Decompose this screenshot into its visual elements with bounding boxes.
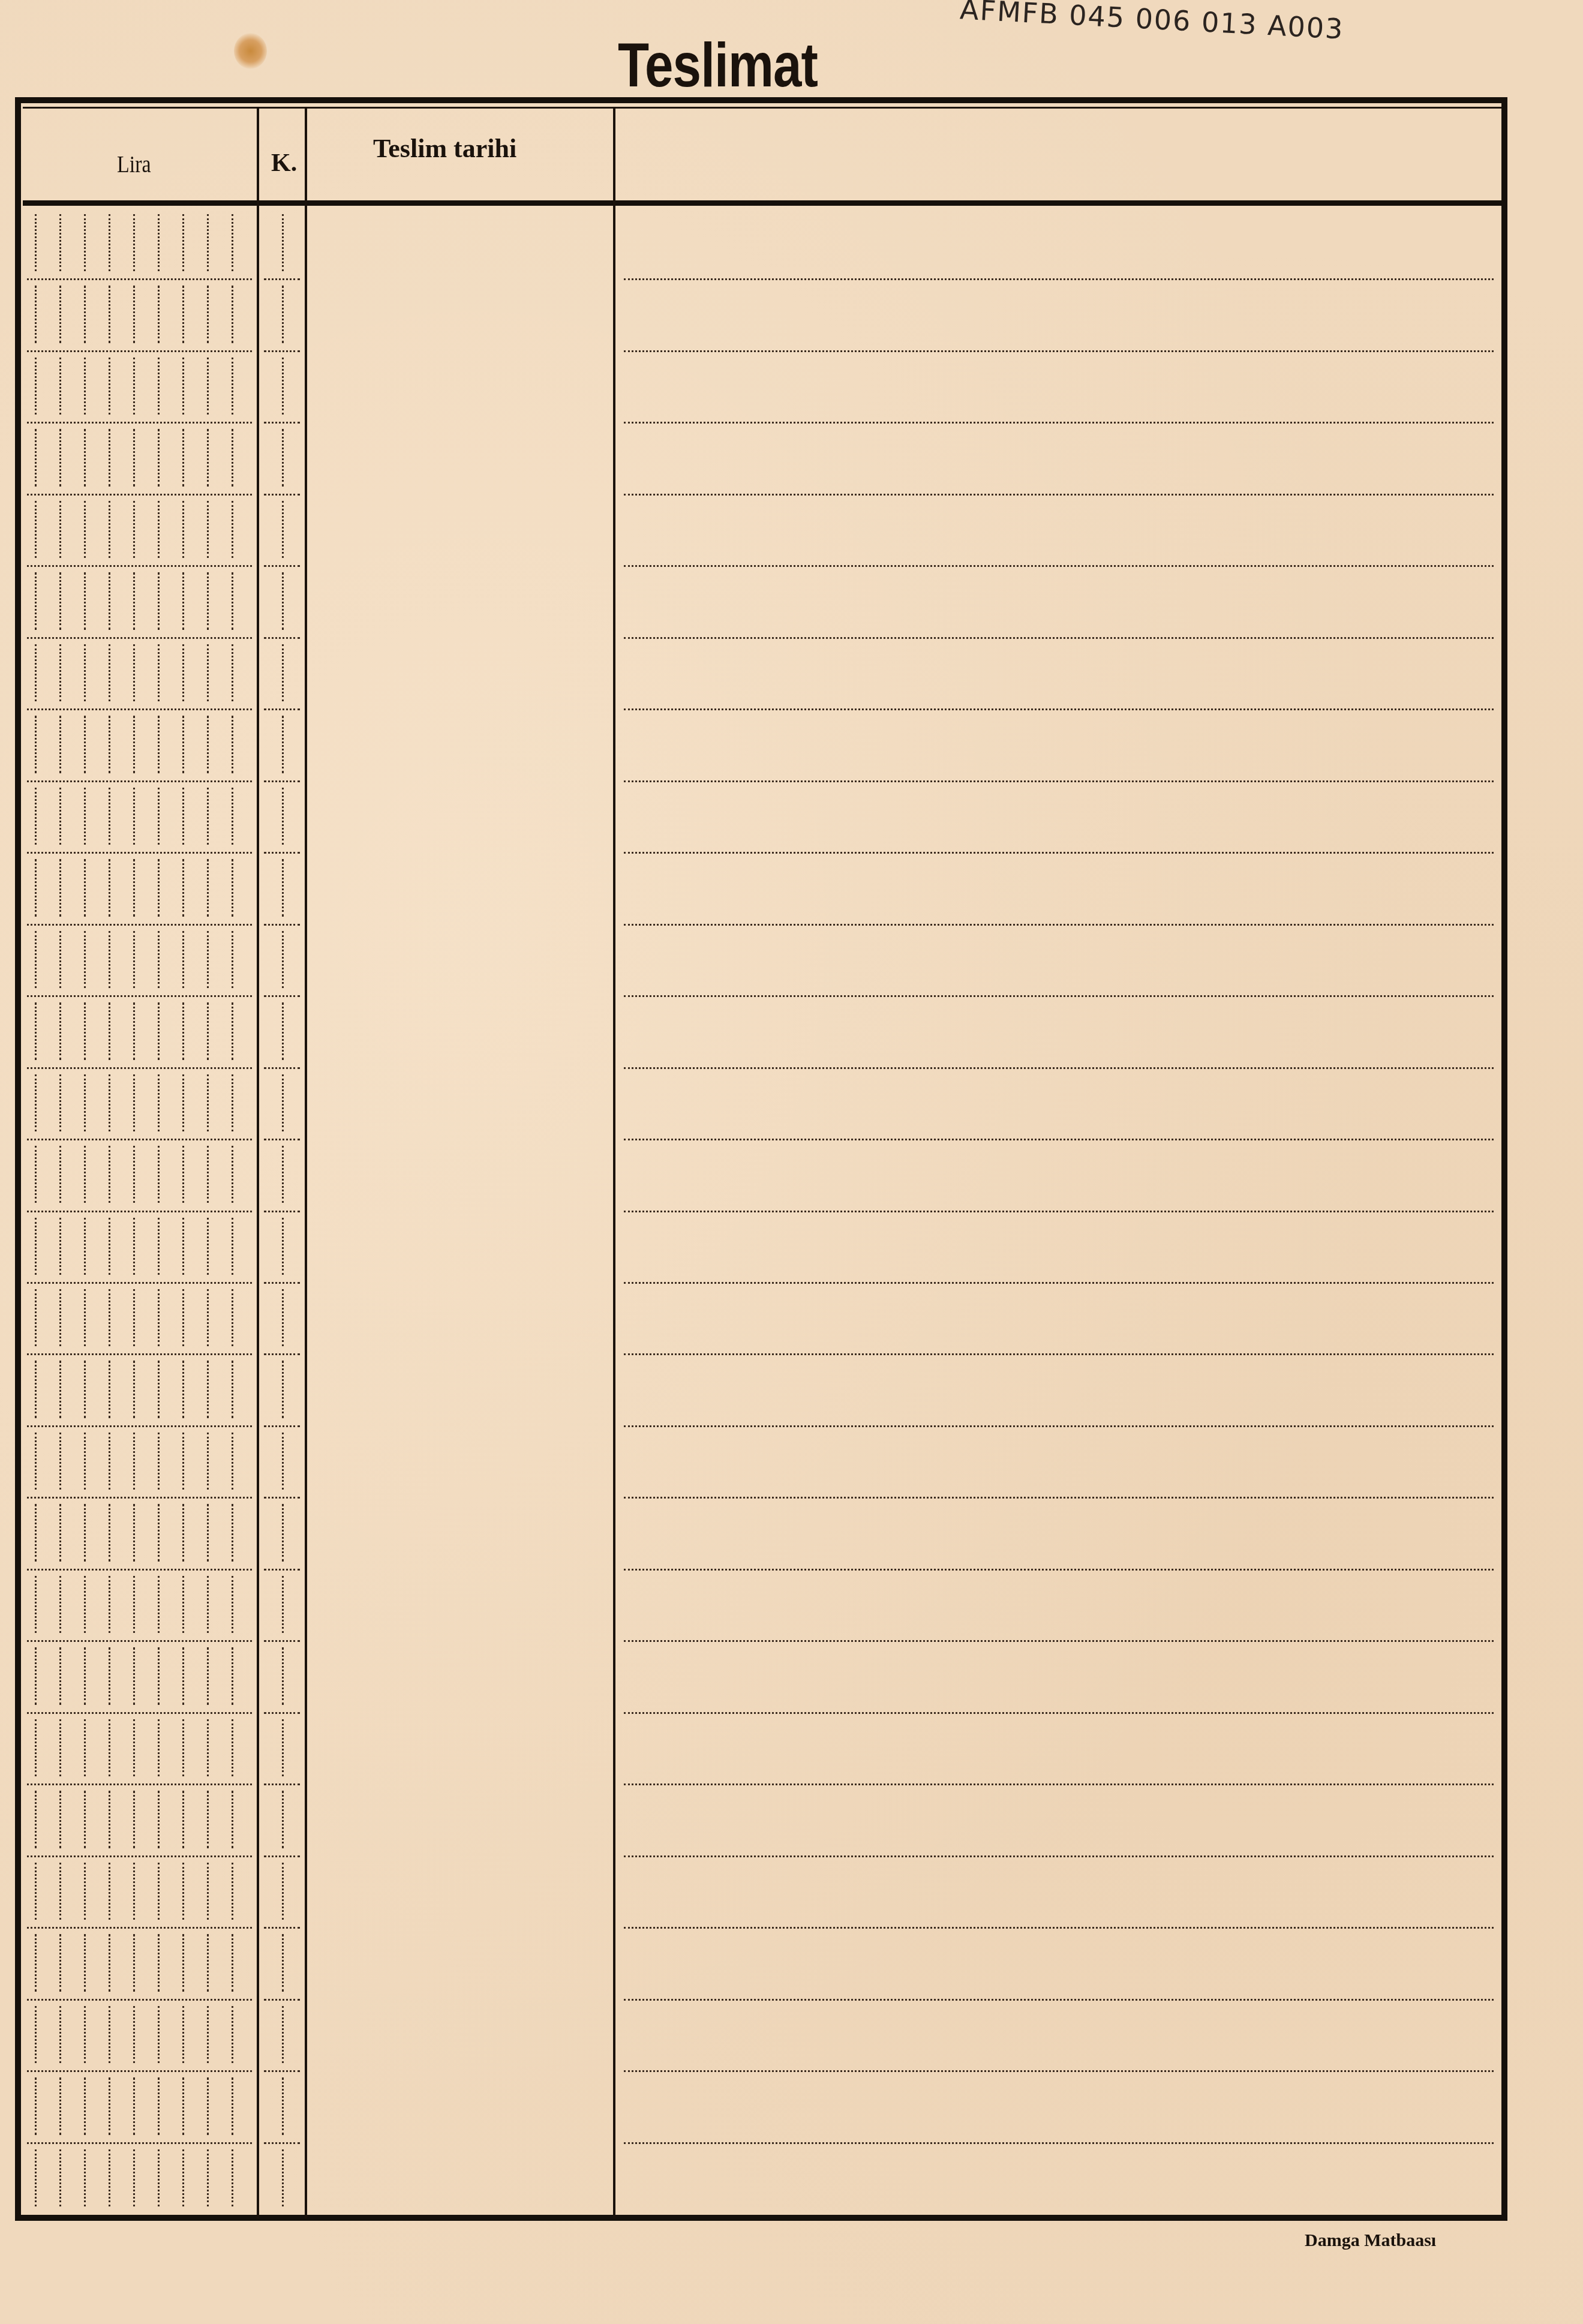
lira-digit-guide — [109, 1218, 110, 1275]
lira-digit-guide — [182, 2006, 184, 2063]
lira-digit-guide — [109, 1433, 110, 1490]
lira-digit-guide — [232, 1289, 233, 1346]
lira-digit-guide — [35, 2149, 37, 2206]
lira-digit-guide — [182, 1289, 184, 1346]
lira-digit-guide — [207, 501, 209, 558]
page-title: Teslimat — [618, 30, 818, 101]
lira-digit-guide — [232, 1504, 233, 1561]
lira-digit-guide — [158, 501, 160, 558]
table-inner-top-rule — [23, 107, 1501, 109]
lira-digit-guide — [158, 1863, 160, 1920]
lira-digit-guide — [35, 501, 37, 558]
lira-digit-guide — [207, 859, 209, 916]
row-separator — [624, 2142, 1494, 2144]
lira-digit-guide — [133, 788, 135, 845]
row-separator — [624, 278, 1494, 280]
k-digit-guide — [282, 1002, 284, 1059]
lira-digit-guide — [35, 1289, 37, 1346]
row-separator — [624, 1569, 1494, 1571]
lira-digit-guide — [207, 2149, 209, 2206]
lira-digit-guide — [182, 501, 184, 558]
lira-digit-guide — [35, 1433, 37, 1490]
lira-digit-guide — [158, 2149, 160, 2206]
lira-digit-guide — [182, 1719, 184, 1776]
lira-digit-guide — [59, 1218, 61, 1275]
row-separator — [624, 494, 1494, 496]
lira-digit-guide — [182, 1647, 184, 1704]
lira-digit-guide — [109, 1289, 110, 1346]
lira-digit-guide — [133, 1504, 135, 1561]
lira-digit-guide — [84, 788, 86, 845]
lira-digit-guide — [84, 1002, 86, 1059]
k-digit-guide — [282, 1146, 284, 1203]
lira-digit-guide — [109, 931, 110, 988]
row-separator — [264, 637, 300, 639]
row-separator — [624, 852, 1494, 854]
lira-digit-guide — [182, 1146, 184, 1203]
lira-digit-guide — [158, 1074, 160, 1131]
lira-digit-guide — [158, 1576, 160, 1633]
row-separator — [27, 565, 252, 567]
k-digit-guide — [282, 859, 284, 916]
lira-digit-guide — [207, 1647, 209, 1704]
lira-digit-guide — [232, 859, 233, 916]
lira-digit-guide — [207, 1504, 209, 1561]
lira-digit-guide — [158, 1647, 160, 1704]
lira-digit-guide — [182, 1934, 184, 1991]
lira-digit-guide — [158, 2006, 160, 2063]
row-separator — [624, 1712, 1494, 1714]
row-separator — [27, 1211, 252, 1212]
row-separator — [264, 852, 300, 854]
lira-digit-guide — [109, 1791, 110, 1848]
row-separator — [264, 1569, 300, 1571]
row-separator — [264, 565, 300, 567]
lira-digit-guide — [207, 572, 209, 629]
k-digit-guide — [282, 788, 284, 845]
lira-digit-guide — [232, 1863, 233, 1920]
lira-digit-guide — [158, 1361, 160, 1418]
lira-digit-guide — [232, 501, 233, 558]
k-digit-guide — [282, 716, 284, 773]
lira-digit-guide — [182, 2077, 184, 2134]
row-separator — [624, 1067, 1494, 1069]
row-separator — [27, 350, 252, 352]
lira-digit-guide — [207, 2077, 209, 2134]
row-separator — [624, 1927, 1494, 1929]
lira-digit-guide — [133, 1146, 135, 1203]
lira-digit-guide — [59, 286, 61, 343]
lira-digit-guide — [35, 2006, 37, 2063]
lira-digit-guide — [84, 1074, 86, 1131]
column-header-lira: Lira — [117, 150, 151, 178]
row-separator — [27, 708, 252, 710]
lira-digit-guide — [207, 1863, 209, 1920]
row-separator — [624, 780, 1494, 782]
row-separator — [264, 708, 300, 710]
lira-digit-guide — [207, 1289, 209, 1346]
k-digit-guide — [282, 1218, 284, 1275]
lira-digit-guide — [207, 644, 209, 701]
lira-digit-guide — [133, 214, 135, 271]
row-separator — [264, 2070, 300, 2072]
row-separator — [27, 1569, 252, 1571]
lira-digit-guide — [207, 1002, 209, 1059]
lira-digit-guide — [158, 1002, 160, 1059]
lira-digit-guide — [35, 1719, 37, 1776]
row-separator — [27, 494, 252, 496]
lira-digit-guide — [232, 1074, 233, 1131]
row-separator — [264, 1783, 300, 1785]
lira-digit-guide — [232, 358, 233, 415]
row-separator — [624, 924, 1494, 926]
lira-digit-guide — [35, 1504, 37, 1561]
lira-digit-guide — [109, 2149, 110, 2206]
lira-digit-guide — [133, 1002, 135, 1059]
lira-digit-guide — [35, 931, 37, 988]
lira-digit-guide — [133, 1934, 135, 1991]
row-separator — [264, 1139, 300, 1140]
row-separator — [624, 565, 1494, 567]
lira-digit-guide — [232, 572, 233, 629]
k-digit-guide — [282, 2149, 284, 2206]
lira-digit-guide — [158, 1504, 160, 1561]
lira-digit-guide — [133, 2006, 135, 2063]
row-separator — [624, 1999, 1494, 2001]
lira-digit-guide — [35, 1576, 37, 1633]
row-separator — [264, 924, 300, 926]
lira-digit-guide — [133, 429, 135, 486]
lira-digit-guide — [84, 1433, 86, 1490]
lira-digit-guide — [59, 1576, 61, 1633]
lira-digit-guide — [84, 1647, 86, 1704]
lira-digit-guide — [207, 716, 209, 773]
lira-digit-guide — [207, 214, 209, 271]
lira-digit-guide — [207, 1934, 209, 1991]
row-separator — [27, 1497, 252, 1499]
lira-digit-guide — [109, 1863, 110, 1920]
lira-digit-guide — [59, 1647, 61, 1704]
lira-digit-guide — [133, 716, 135, 773]
lira-digit-guide — [158, 1934, 160, 1991]
row-separator — [27, 1855, 252, 1857]
row-separator — [264, 494, 300, 496]
lira-digit-guide — [207, 286, 209, 343]
lira-digit-guide — [182, 2149, 184, 2206]
row-separator — [27, 1712, 252, 1714]
row-separator — [624, 1855, 1494, 1857]
lira-digit-guide — [59, 1289, 61, 1346]
row-separator — [624, 1139, 1494, 1140]
lira-digit-guide — [109, 358, 110, 415]
lira-digit-guide — [84, 1218, 86, 1275]
row-separator — [264, 278, 300, 280]
lira-digit-guide — [35, 644, 37, 701]
lira-digit-guide — [232, 2149, 233, 2206]
column-divider-date-notes — [613, 107, 615, 2218]
k-digit-guide — [282, 1289, 284, 1346]
lira-digit-guide — [133, 1576, 135, 1633]
lira-digit-guide — [182, 1791, 184, 1848]
lira-digit-guide — [109, 716, 110, 773]
lira-digit-guide — [84, 2006, 86, 2063]
archive-code: AFMFB 045 006 013 A003 — [959, 0, 1345, 46]
row-separator — [624, 1497, 1494, 1499]
lira-digit-guide — [232, 1218, 233, 1275]
lira-digit-guide — [133, 2149, 135, 2206]
k-digit-guide — [282, 214, 284, 271]
row-separator — [27, 1640, 252, 1642]
lira-digit-guide — [109, 1361, 110, 1418]
row-separator — [27, 1139, 252, 1140]
lira-digit-guide — [207, 1361, 209, 1418]
lira-digit-guide — [232, 1791, 233, 1848]
lira-digit-guide — [109, 859, 110, 916]
row-separator — [27, 422, 252, 424]
lira-digit-guide — [232, 1002, 233, 1059]
lira-digit-guide — [59, 2149, 61, 2206]
lira-digit-guide — [84, 1934, 86, 1991]
lira-digit-guide — [232, 1647, 233, 1704]
row-separator — [624, 708, 1494, 710]
header-rule — [23, 200, 1501, 206]
column-divider-k-date — [305, 107, 307, 2218]
k-digit-guide — [282, 1504, 284, 1561]
k-digit-guide — [282, 1433, 284, 1490]
lira-digit-guide — [182, 1218, 184, 1275]
lira-digit-guide — [133, 859, 135, 916]
lira-digit-guide — [35, 286, 37, 343]
lira-digit-guide — [35, 1934, 37, 1991]
k-digit-guide — [282, 2006, 284, 2063]
row-separator — [624, 1640, 1494, 1642]
lira-digit-guide — [84, 1504, 86, 1561]
k-digit-guide — [282, 1791, 284, 1848]
lira-digit-guide — [84, 1863, 86, 1920]
row-separator — [624, 995, 1494, 997]
row-separator — [624, 422, 1494, 424]
lira-digit-guide — [207, 1791, 209, 1848]
lira-digit-guide — [35, 788, 37, 845]
row-separator — [264, 1640, 300, 1642]
lira-digit-guide — [133, 501, 135, 558]
lira-digit-guide — [182, 716, 184, 773]
lira-digit-guide — [84, 2149, 86, 2206]
lira-digit-guide — [59, 429, 61, 486]
lira-digit-guide — [158, 931, 160, 988]
lira-digit-guide — [84, 1576, 86, 1633]
row-separator — [264, 1353, 300, 1355]
row-separator — [264, 1067, 300, 1069]
lira-digit-guide — [182, 1504, 184, 1561]
lira-digit-guide — [59, 501, 61, 558]
lira-digit-guide — [59, 2077, 61, 2134]
lira-digit-guide — [182, 788, 184, 845]
lira-digit-guide — [158, 1289, 160, 1346]
lira-digit-guide — [109, 2077, 110, 2134]
lira-digit-guide — [182, 572, 184, 629]
lira-digit-guide — [158, 1791, 160, 1848]
k-digit-guide — [282, 1074, 284, 1131]
lira-digit-guide — [133, 2077, 135, 2134]
lira-digit-guide — [109, 1504, 110, 1561]
lira-digit-guide — [59, 358, 61, 415]
lira-digit-guide — [84, 716, 86, 773]
row-separator — [27, 995, 252, 997]
lira-digit-guide — [182, 1863, 184, 1920]
lira-digit-guide — [109, 2006, 110, 2063]
lira-digit-guide — [207, 429, 209, 486]
lira-digit-guide — [207, 931, 209, 988]
lira-digit-guide — [84, 644, 86, 701]
lira-digit-guide — [84, 214, 86, 271]
lira-digit-guide — [232, 931, 233, 988]
lira-digit-guide — [232, 1934, 233, 1991]
lira-digit-guide — [207, 2006, 209, 2063]
row-separator — [264, 350, 300, 352]
row-separator — [264, 1999, 300, 2001]
lira-digit-guide — [232, 644, 233, 701]
k-digit-guide — [282, 1647, 284, 1704]
k-digit-guide — [282, 286, 284, 343]
lira-digit-guide — [59, 644, 61, 701]
column-header-k: K. — [271, 149, 297, 178]
lira-digit-guide — [158, 214, 160, 271]
lira-digit-guide — [133, 1361, 135, 1418]
k-digit-guide — [282, 572, 284, 629]
row-separator — [27, 780, 252, 782]
lira-digit-guide — [158, 358, 160, 415]
lira-digit-guide — [182, 1576, 184, 1633]
row-separator — [27, 1927, 252, 1929]
lira-digit-guide — [35, 1002, 37, 1059]
lira-digit-guide — [59, 788, 61, 845]
lira-digit-guide — [158, 1146, 160, 1203]
row-separator — [624, 1282, 1494, 1284]
lira-digit-guide — [133, 644, 135, 701]
lira-digit-guide — [109, 1576, 110, 1633]
lira-digit-guide — [84, 1361, 86, 1418]
lira-digit-guide — [133, 1647, 135, 1704]
lira-digit-guide — [84, 286, 86, 343]
lira-digit-guide — [133, 1218, 135, 1275]
row-separator — [624, 637, 1494, 639]
k-digit-guide — [282, 931, 284, 988]
lira-digit-guide — [182, 644, 184, 701]
lira-digit-guide — [109, 572, 110, 629]
lira-digit-guide — [59, 1934, 61, 1991]
lira-digit-guide — [109, 1647, 110, 1704]
lira-digit-guide — [59, 1074, 61, 1131]
lira-digit-guide — [182, 859, 184, 916]
lira-digit-guide — [35, 1863, 37, 1920]
lira-digit-guide — [232, 286, 233, 343]
lira-digit-guide — [158, 2077, 160, 2134]
k-digit-guide — [282, 1934, 284, 1991]
lira-digit-guide — [158, 1433, 160, 1490]
lira-digit-guide — [35, 2077, 37, 2134]
row-separator — [264, 1855, 300, 1857]
lira-digit-guide — [207, 1433, 209, 1490]
lira-digit-guide — [35, 1074, 37, 1131]
lira-digit-guide — [158, 429, 160, 486]
lira-digit-guide — [109, 1719, 110, 1776]
row-separator — [264, 995, 300, 997]
lira-digit-guide — [133, 1074, 135, 1131]
lira-digit-guide — [84, 2077, 86, 2134]
printer-credit: Damga Matbaası — [1305, 2230, 1436, 2251]
lira-digit-guide — [84, 1146, 86, 1203]
lira-digit-guide — [109, 1146, 110, 1203]
k-digit-guide — [282, 358, 284, 415]
lira-digit-guide — [59, 1504, 61, 1561]
column-header-teslim-tarihi: Teslim tarihi — [373, 133, 516, 164]
lira-digit-guide — [59, 1791, 61, 1848]
row-separator — [27, 637, 252, 639]
row-separator — [264, 422, 300, 424]
k-digit-guide — [282, 644, 284, 701]
row-separator — [27, 852, 252, 854]
lira-digit-guide — [133, 1791, 135, 1848]
table-frame — [15, 97, 1507, 2221]
row-separator — [264, 1425, 300, 1427]
lira-digit-guide — [109, 1074, 110, 1131]
lira-digit-guide — [59, 1719, 61, 1776]
row-separator — [27, 278, 252, 280]
lira-digit-guide — [109, 214, 110, 271]
lira-digit-guide — [232, 1146, 233, 1203]
lira-digit-guide — [182, 1074, 184, 1131]
stain-mark — [234, 33, 267, 69]
lira-digit-guide — [109, 1934, 110, 1991]
lira-digit-guide — [158, 716, 160, 773]
lira-digit-guide — [35, 358, 37, 415]
lira-digit-guide — [133, 931, 135, 988]
lira-digit-guide — [207, 1218, 209, 1275]
row-separator — [27, 1783, 252, 1785]
lira-digit-guide — [182, 286, 184, 343]
lira-digit-guide — [84, 429, 86, 486]
lira-digit-guide — [109, 501, 110, 558]
lira-digit-guide — [182, 1361, 184, 1418]
lira-digit-guide — [158, 644, 160, 701]
lira-digit-guide — [232, 1361, 233, 1418]
lira-digit-guide — [35, 716, 37, 773]
lira-digit-guide — [133, 1863, 135, 1920]
k-digit-guide — [282, 1719, 284, 1776]
lira-digit-guide — [182, 429, 184, 486]
lira-digit-guide — [84, 931, 86, 988]
lira-digit-guide — [84, 501, 86, 558]
lira-digit-guide — [207, 788, 209, 845]
row-separator — [624, 1353, 1494, 1355]
lira-digit-guide — [35, 214, 37, 271]
row-separator — [624, 1783, 1494, 1785]
lira-digit-guide — [232, 2077, 233, 2134]
row-separator — [27, 2142, 252, 2144]
k-digit-guide — [282, 2077, 284, 2134]
lira-digit-guide — [232, 788, 233, 845]
row-separator — [27, 1067, 252, 1069]
lira-digit-guide — [35, 1146, 37, 1203]
lira-digit-guide — [182, 214, 184, 271]
lira-digit-guide — [133, 1433, 135, 1490]
row-separator — [27, 1282, 252, 1284]
lira-digit-guide — [232, 716, 233, 773]
lira-digit-guide — [133, 286, 135, 343]
row-separator — [264, 780, 300, 782]
lira-digit-guide — [182, 931, 184, 988]
